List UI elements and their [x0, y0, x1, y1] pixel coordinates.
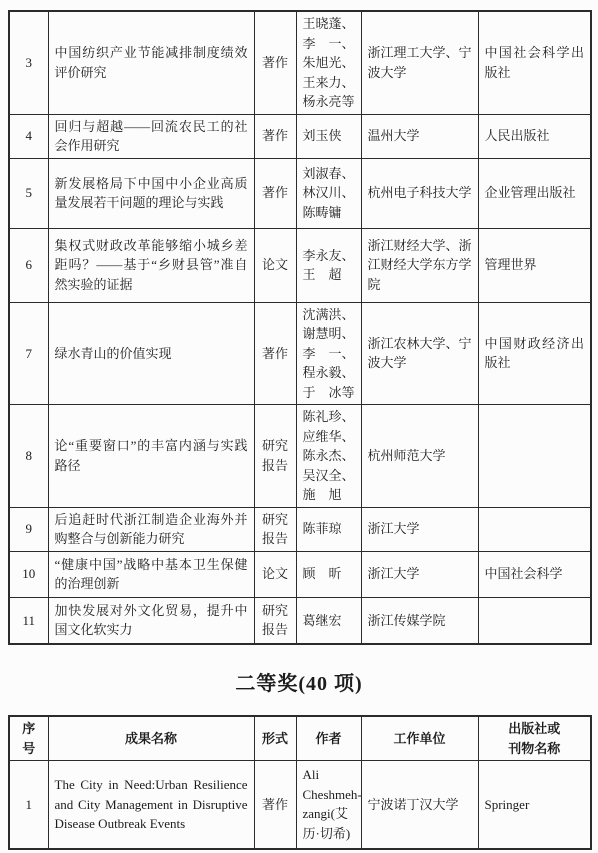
form-cell: 研究 报告 — [254, 507, 296, 551]
table-header-row: 序号 成果名称 形式 作者 工作单位 出版社或 刊物名称 — [9, 716, 591, 761]
title-cell: 后追赶时代浙江制造企业海外并购整合与创新能力研究 — [48, 507, 254, 551]
row-number-cell: 3 — [9, 11, 48, 114]
table-row: 11 加快发展对外文化贸易，提升中国文化软实力 研究 报告 葛继宏 浙江传媒学院 — [9, 597, 591, 644]
row-number-cell: 11 — [9, 597, 48, 644]
title-cell: 绿水青山的价值实现 — [48, 302, 254, 405]
form-cell: 论文 — [254, 228, 296, 302]
table-row: 5 新发展格局下中国中小企业高质量发展若干问题的理论与实践 著作 刘淑春、 林汉… — [9, 158, 591, 228]
row-number-cell: 1 — [9, 761, 48, 849]
form-cell: 研究 报告 — [254, 405, 296, 508]
work-unit-cell: 宁波诺丁汉大学 — [361, 761, 478, 849]
title-cell: 加快发展对外文化贸易，提升中国文化软实力 — [48, 597, 254, 644]
authors-cell: 葛继宏 — [296, 597, 361, 644]
authors-cell: 王晓蓬、 李 一、 朱旭光、 王来力、 杨永亮等 — [296, 11, 361, 114]
row-number-cell: 4 — [9, 114, 48, 158]
authors-cell: 沈满洪、 谢慧明、 李 一、 程永毅、 于 冰等 — [296, 302, 361, 405]
form-cell: 著作 — [254, 11, 296, 114]
form-cell: 研究 报告 — [254, 597, 296, 644]
table-row: 9 后追赶时代浙江制造企业海外并购整合与创新能力研究 研究 报告 陈菲琼 浙江大… — [9, 507, 591, 551]
title-cell: 中国纺织产业节能减排制度绩效评价研究 — [48, 11, 254, 114]
work-unit-cell: 杭州电子科技大学 — [361, 158, 478, 228]
form-cell: 著作 — [254, 114, 296, 158]
work-unit-cell: 杭州师范大学 — [361, 405, 478, 508]
publisher-cell — [478, 405, 591, 508]
work-unit-cell: 浙江传媒学院 — [361, 597, 478, 644]
section-title-second-prize: 二等奖(40 项) — [0, 669, 598, 699]
authors-cell: 刘淑春、 林汉川、 陈畴镛 — [296, 158, 361, 228]
publisher-cell — [478, 507, 591, 551]
title-cell: 集权式财政改革能够缩小城乡差距吗？——基于“乡财县管”准自然实验的证据 — [48, 228, 254, 302]
authors-cell: 李永友、 王 超 — [296, 228, 361, 302]
title-cell: The City in Need:Urban Resilience and Ci… — [48, 761, 254, 849]
work-unit-cell: 浙江理工大学、宁波大学 — [361, 11, 478, 114]
row-number-cell: 10 — [9, 551, 48, 597]
form-cell: 著作 — [254, 158, 296, 228]
work-unit-cell: 浙江财经大学、浙江财经大学东方学院 — [361, 228, 478, 302]
first-prize-table-continued: 3 中国纺织产业节能减排制度绩效评价研究 著作 王晓蓬、 李 一、 朱旭光、 王… — [8, 10, 592, 645]
publisher-cell — [478, 597, 591, 644]
row-number-cell: 6 — [9, 228, 48, 302]
table-row: 3 中国纺织产业节能减排制度绩效评价研究 著作 王晓蓬、 李 一、 朱旭光、 王… — [9, 11, 591, 114]
title-cell: 新发展格局下中国中小企业高质量发展若干问题的理论与实践 — [48, 158, 254, 228]
publisher-cell: 企业管理出版社 — [478, 158, 591, 228]
publisher-cell: 中国社会科学出版社 — [478, 11, 591, 114]
work-unit-cell: 温州大学 — [361, 114, 478, 158]
work-unit-cell: 浙江农林大学、宁波大学 — [361, 302, 478, 405]
authors-cell: 陈礼珍、 应维华、 陈永杰、 吴汉全、 施 旭 — [296, 405, 361, 508]
table-row: 4 回归与超越——回流农民工的社会作用研究 著作 刘玉侠 温州大学 人民出版社 — [9, 114, 591, 158]
title-cell: “健康中国”战略中基本卫生保健的治理创新 — [48, 551, 254, 597]
publisher-cell: 中国财政经济出版社 — [478, 302, 591, 405]
row-number-cell: 7 — [9, 302, 48, 405]
publisher-cell: Springer — [478, 761, 591, 849]
header-unit: 工作单位 — [361, 716, 478, 761]
header-no: 序号 — [9, 716, 48, 761]
title-cell: 回归与超越——回流农民工的社会作用研究 — [48, 114, 254, 158]
second-prize-table: 序号 成果名称 形式 作者 工作单位 出版社或 刊物名称 1 The City … — [8, 715, 592, 850]
table-row: 7 绿水青山的价值实现 著作 沈满洪、 谢慧明、 李 一、 程永毅、 于 冰等 … — [9, 302, 591, 405]
authors-cell: 刘玉侠 — [296, 114, 361, 158]
form-cell: 著作 — [254, 302, 296, 405]
table-row: 8 论“重要窗口”的丰富内涵与实践路径 研究 报告 陈礼珍、 应维华、 陈永杰、… — [9, 405, 591, 508]
row-number-cell: 9 — [9, 507, 48, 551]
form-cell: 论文 — [254, 551, 296, 597]
row-number-cell: 8 — [9, 405, 48, 508]
publisher-cell: 管理世界 — [478, 228, 591, 302]
work-unit-cell: 浙江大学 — [361, 507, 478, 551]
work-unit-cell: 浙江大学 — [361, 551, 478, 597]
header-form: 形式 — [254, 716, 296, 761]
row-number-cell: 5 — [9, 158, 48, 228]
table-row: 6 集权式财政改革能够缩小城乡差距吗？——基于“乡财县管”准自然实验的证据 论文… — [9, 228, 591, 302]
form-cell: 著作 — [254, 761, 296, 849]
table-row: 10 “健康中国”战略中基本卫生保健的治理创新 论文 顾 昕 浙江大学 中国社会… — [9, 551, 591, 597]
title-cell: 论“重要窗口”的丰富内涵与实践路径 — [48, 405, 254, 508]
authors-cell: 顾 昕 — [296, 551, 361, 597]
header-authors: 作者 — [296, 716, 361, 761]
header-publisher: 出版社或 刊物名称 — [478, 716, 591, 761]
publisher-cell: 中国社会科学 — [478, 551, 591, 597]
header-title: 成果名称 — [48, 716, 254, 761]
authors-cell: 陈菲琼 — [296, 507, 361, 551]
table-row: 1 The City in Need:Urban Resilience and … — [9, 761, 591, 849]
publisher-cell: 人民出版社 — [478, 114, 591, 158]
authors-cell: Ali Cheshmeh- zangi(艾历·切希) — [296, 761, 361, 849]
